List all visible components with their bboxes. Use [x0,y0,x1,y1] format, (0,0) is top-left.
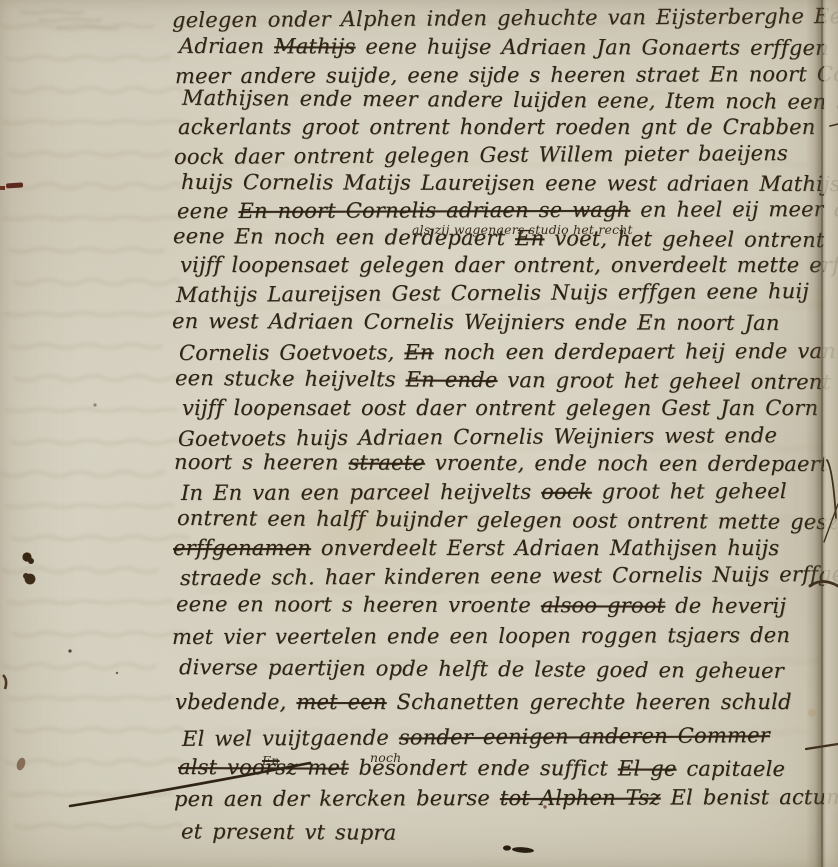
handwritten-text: meer andere suijde, eene sijde s heeren … [175,62,838,88]
struck-text: El ge [618,756,677,780]
handwritten-text: vbedende, [175,690,296,714]
struck-text: En noort Cornelis adriaen se wagh [238,198,630,223]
handwritten-text: vijff loopensaet gelegen daer ontrent, o… [180,253,838,277]
interline-insertion: noch [370,750,401,765]
struck-text: erffgenamen [173,536,311,560]
manuscript-line: et present vt supra [181,819,397,844]
page-fold-line [821,0,823,867]
handwritten-text: pen aen der kercken beurse [174,786,500,811]
handwritten-text: een stucke heijvelts [175,366,406,391]
manuscript-line: en west Adriaen Cornelis Weijniers ende … [172,309,780,335]
handwritten-text: El wel vuijtgaende [182,725,399,750]
struck-text: Mathijs [274,34,355,58]
manuscript-text-block: gelegen onder Alphen inden gehuchte van … [0,0,838,867]
handwritten-text: diverse paertijen opde helft de leste go… [179,655,784,683]
manuscript-line: vijff loopensaet gelegen daer ontrent, o… [180,253,838,277]
manuscript-line: vbedende, met een Schanetten gerechte he… [175,690,792,714]
handwritten-text: noch een derdepaert heij ende van [434,339,836,364]
handwritten-text: eene en noort s heeren vroente [176,592,541,617]
struck-text: straete [348,451,425,475]
struck-text: En [404,340,433,364]
handwritten-text: huijs Cornelis Matijs Laureijsen eene we… [181,170,838,196]
handwritten-text: Schanetten gerechte heeren schuld [387,690,792,714]
handwritten-text: eene [177,199,239,223]
handwritten-text: straede sch. haer kinderen eene west Cor… [180,562,838,590]
manuscript-line: eene en noort s heeren vroente alsoo gro… [176,592,786,618]
manuscript-line: pen aen der kercken beurse tot Alphen Ts… [174,785,838,811]
handwritten-text: vroente, ende noch een derdepaert [425,451,829,476]
handwritten-text: onverdeelt Eerst Adriaen Mathijsen huijs [311,536,779,560]
handwritten-text: vijff loopensaet oost daer ontrent geleg… [182,396,818,420]
handwritten-text: en west Adriaen Cornelis Weijniers ende … [172,309,780,335]
handwritten-text: capitaele [676,757,785,781]
struck-text: En ende [406,367,498,392]
manuscript-line: El wel vuijtgaende sonder eenigen andere… [182,723,770,751]
handwritten-text: ontrent een halff buijnder gelegen oost … [177,506,838,534]
manuscript-line: Goetvoets huijs Adriaen Cornelis Weijnie… [178,423,777,451]
manuscript-line: eene En noort Cornelis adriaen se wagh e… [177,197,838,223]
handwritten-text: ackerlants groot ontrent hondert roeden … [178,115,816,139]
manuscript-line: vijff loopensaet oost daer ontrent geleg… [182,396,818,420]
handwritten-text: de heverij [665,594,786,618]
manuscript-line: Cornelis Goetvoets, En noch een derdepae… [179,339,836,365]
manuscript-line: ackerlants groot ontrent hondert roeden … [178,115,816,139]
handwritten-text: gelegen onder Alphen inden gehuchte van … [172,4,838,32]
handwritten-text: et present vt supra [181,819,397,844]
interline-insertion: als zij wagenaers studio het recht [412,222,633,237]
handwritten-text: Cornelis Goetvoets, [179,340,404,365]
struck-text: met een [296,690,386,714]
manuscript-line: ontrent een halff buijnder gelegen oost … [177,506,838,534]
handwritten-text: Goetvoets huijs Adriaen Cornelis Weijnie… [178,423,777,451]
manuscript-line: noort s heeren straete vroente, ende noc… [174,450,829,476]
manuscript-line: huijs Cornelis Matijs Laureijsen eene we… [181,170,838,196]
handwritten-text: Mathijs Laureijsen Gest Cornelis Nuijs e… [176,279,809,307]
manuscript-line: erffgenamen onverdeelt Eerst Adriaen Mat… [173,536,779,560]
handwritten-text: van groot het geheel ontrent [497,368,831,394]
handwritten-text: noort s heeren [174,450,349,475]
manuscript-line: Adriaen Mathijs eene huijse Adriaen Jan … [179,34,838,60]
manuscript-line: een stucke heijvelts En ende van groot h… [175,366,831,394]
manuscript-line: In En van een parceel heijvelts oock gro… [181,479,787,505]
handwritten-text: groot het geheel [592,479,787,504]
page-fold-shadow [806,0,826,867]
manuscript-page: gelegen onder Alphen inden gehuchte van … [0,0,838,867]
manuscript-line: met vier veertelen ende een loopen rogge… [172,623,790,649]
handwritten-text: Mathijsen ende meer andere luijden eene,… [182,86,838,114]
struck-text: tot Alphen Tsz [500,786,661,811]
handwritten-text: eene huijse Adriaen Jan Gonaerts erffgen… [355,34,838,60]
handwritten-text: In En van een parceel heijvelts [181,480,541,505]
adjacent-page-edge [824,0,838,867]
handwritten-text: met vier veertelen ende een loopen rogge… [172,623,790,649]
handwritten-text: Adriaen [179,34,274,58]
manuscript-line: Mathijs Laureijsen Gest Cornelis Nuijs e… [176,279,809,307]
manuscript-line: gelegen onder Alphen inden gehuchte van … [172,4,838,32]
manuscript-line: meer andere suijde, eene sijde s heeren … [175,62,838,88]
manuscript-line: straede sch. haer kinderen eene west Cor… [180,562,838,590]
interline-insertion: En [262,753,280,768]
handwritten-text: oock daer ontrent gelegen Gest Willem pi… [174,141,788,169]
manuscript-line: diverse paertijen opde helft de leste go… [179,655,784,683]
manuscript-line: Mathijsen ende meer andere luijden eene,… [182,86,838,114]
struck-text: alsoo groot [541,593,665,617]
manuscript-line: oock daer ontrent gelegen Gest Willem pi… [174,141,788,169]
struck-text: oock [541,480,592,504]
struck-text: sonder eenigen anderen Commer [399,723,770,749]
